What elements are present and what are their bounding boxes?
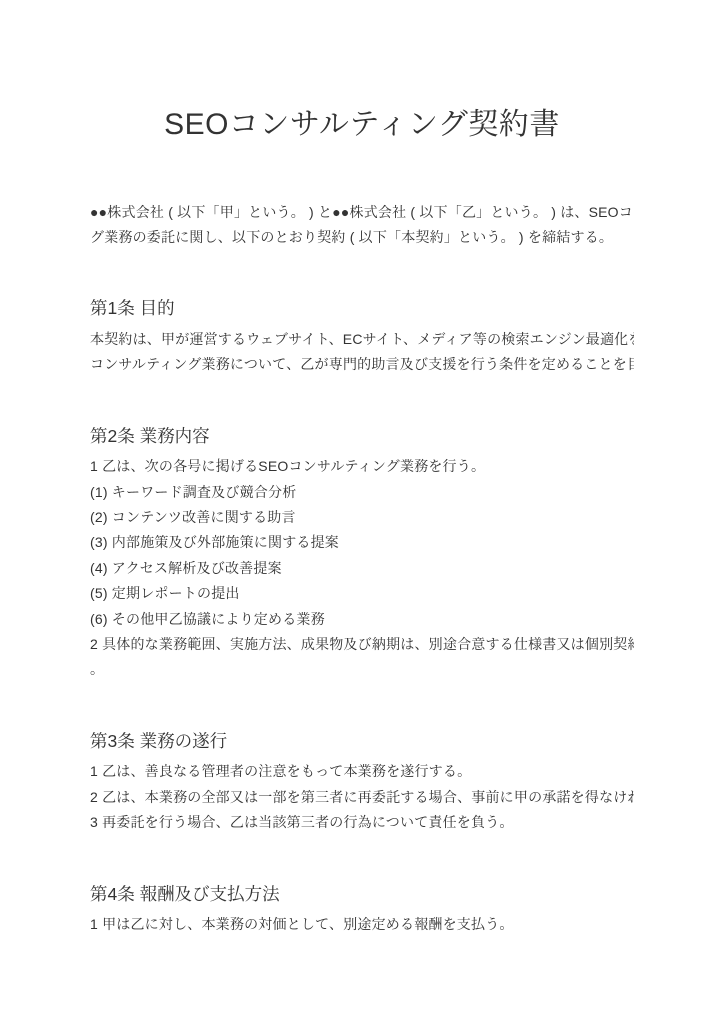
intro-paragraph: ●●株式会社 ( 以下「甲」という。 ) と●●株式会社 ( 以下「乙」という。…	[90, 200, 634, 251]
text-line: (3) 内部施策及び外部施策に関する提案	[90, 530, 634, 555]
text-line: 2 乙は、本業務の全部又は一部を第三者に再委託する場合、事前に甲の承諾を得なけれ…	[90, 785, 634, 810]
document-title: SEOコンサルティング契約書	[90, 106, 634, 144]
section-heading-article-1: 第1条 目的	[90, 296, 634, 321]
text-line: 1 甲は乙に対し、本業務の対価として、別途定める報酬を支払う。	[90, 912, 634, 937]
text-line: (2) コンテンツ改善に関する助言	[90, 505, 634, 530]
text-line: (1) キーワード調査及び競合分析	[90, 480, 634, 505]
text-line: 1 乙は、善良なる管理者の注意をもって本業務を遂行する。	[90, 759, 634, 784]
section-heading-article-4: 第4条 報酬及び支払方法	[90, 882, 634, 907]
text-line: グ業務の委託に関し、以下のとおり契約 ( 以下「本契約」という。 ) を締結する…	[90, 225, 634, 250]
text-line: ●●株式会社 ( 以下「甲」という。 ) と●●株式会社 ( 以下「乙」という。…	[90, 200, 634, 225]
section-article-4: 第4条 報酬及び支払方法 1 甲は乙に対し、本業務の対価として、別途定める報酬を…	[90, 882, 634, 938]
section-article-2: 第2条 業務内容 1 乙は、次の各号に掲げるSEOコンサルティング業務を行う。(…	[90, 424, 634, 683]
text-line: 。	[90, 657, 634, 682]
text-line: (6) その他甲乙協議により定める業務	[90, 607, 634, 632]
section-article-1: 第1条 目的 本契約は、甲が運営するウェブサイト、ECサイト、メディア等の検索エ…	[90, 296, 634, 377]
text-line: (5) 定期レポートの提出	[90, 581, 634, 606]
text-line: 本契約は、甲が運営するウェブサイト、ECサイト、メディア等の検索エンジン最適化を…	[90, 327, 634, 352]
section-heading-article-3: 第3条 業務の遂行	[90, 729, 634, 754]
text-line: 1 乙は、次の各号に掲げるSEOコンサルティング業務を行う。	[90, 454, 634, 479]
section-heading-article-2: 第2条 業務内容	[90, 424, 634, 449]
section-body-article-3: 1 乙は、善良なる管理者の注意をもって本業務を遂行する。2 乙は、本業務の全部又…	[90, 759, 634, 835]
section-body-article-2: 1 乙は、次の各号に掲げるSEOコンサルティング業務を行う。(1) キーワード調…	[90, 454, 634, 683]
text-line: 2 具体的な業務範囲、実施方法、成果物及び納期は、別途合意する仕様書又は個別契約…	[90, 632, 634, 657]
section-body-article-1: 本契約は、甲が運営するウェブサイト、ECサイト、メディア等の検索エンジン最適化を…	[90, 327, 634, 378]
section-article-3: 第3条 業務の遂行 1 乙は、善良なる管理者の注意をもって本業務を遂行する。2 …	[90, 729, 634, 836]
section-body-article-4: 1 甲は乙に対し、本業務の対価として、別途定める報酬を支払う。	[90, 912, 634, 937]
text-line: (4) アクセス解析及び改善提案	[90, 556, 634, 581]
document-page: SEOコンサルティング契約書 ●●株式会社 ( 以下「甲」という。 ) と●●株…	[0, 0, 724, 1024]
text-line: 3 再委託を行う場合、乙は当該第三者の行為について責任を負う。	[90, 810, 634, 835]
text-line: コンサルティング業務について、乙が専門的助言及び支援を行う条件を定めることを目的…	[90, 352, 634, 377]
